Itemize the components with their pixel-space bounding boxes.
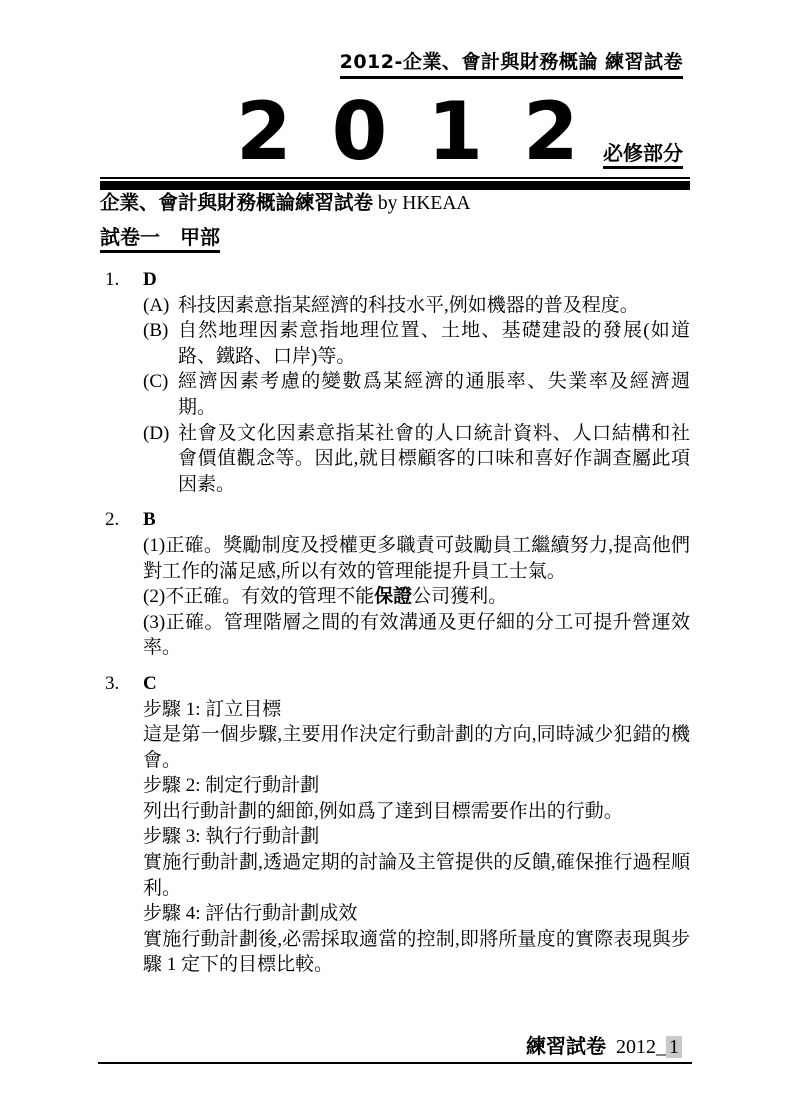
question-2-statement-2: (2)不正確。有效的管理不能保證公司獲利。 — [143, 584, 690, 610]
document-title-byline: by HKEAA — [373, 193, 471, 214]
option-c-label: (C) — [143, 369, 168, 395]
title-divider-bar — [100, 177, 690, 190]
document-page: 2012-企業、會計與財務概論 練習試卷 2012 必修部分 企業、會計與財務概… — [0, 0, 787, 1117]
question-3-number: 3. — [105, 671, 119, 697]
step-1-title: 步驟 1: 訂立目標 — [143, 697, 690, 723]
answers-list: 1. D (A) 科技因素意指某經濟的科技水平,例如機器的普及程度。 (B) 自… — [100, 267, 690, 988]
question-1-answer: D — [143, 267, 690, 293]
option-b-text: 自然地理因素意指地理位置、土地、基礎建設的發展(如道路、鐵路、口岸)等。 — [178, 320, 690, 367]
document-title: 企業、會計與財務概論練習試卷 by HKEAA — [100, 192, 471, 215]
question-1-number: 1. — [105, 267, 119, 293]
document-title-main: 企業、會計與財務概論練習試卷 — [100, 193, 373, 214]
section-heading: 試卷一 甲部 — [100, 226, 220, 253]
statement-3-text: (3)正確。管理階層之間的有效溝通及更仔細的分工可提升營運效率。 — [143, 612, 690, 659]
statement-2-text: (2)不正確。有效的管理不能 — [143, 586, 374, 607]
banner-part-label: 必修部分 — [603, 142, 683, 169]
question-1-option-d: (D) 社會及文化因素意指某社會的人口統計資料、人口結構和社會價值觀念等。因此,… — [143, 421, 690, 498]
statement-1-text: (1)正確。獎勵制度及授權更多職責可鼓勵員工繼續努力,提高他們對工作的滿足感,所… — [143, 535, 690, 582]
question-3-body: C 步驟 1: 訂立目標 這是第一個步驟,主要用作決定行動計劃的方向,同時減少犯… — [143, 671, 690, 978]
footer-page-label: 練習試卷2012_1 — [526, 1035, 682, 1059]
question-2-statement-3: (3)正確。管理階層之間的有效溝通及更仔細的分工可提升營運效率。 — [143, 610, 690, 661]
title-divider-bar-thick — [100, 181, 690, 190]
statement-2-post: 公司獲利。 — [412, 586, 507, 607]
question-2: 2. B (1)正確。獎勵制度及授權更多職責可鼓勵員工繼續努力,提高他們對工作的… — [100, 507, 690, 661]
question-2-answer: B — [143, 507, 690, 533]
step-2-description: 列出行動計劃的細節,例如爲了達到目標需要作出的行動。 — [143, 799, 690, 825]
question-1: 1. D (A) 科技因素意指某經濟的科技水平,例如機器的普及程度。 (B) 自… — [100, 267, 690, 497]
footer-divider-line — [98, 1062, 692, 1064]
question-3-answer: C — [143, 671, 690, 697]
option-b-label: (B) — [143, 318, 168, 344]
footer-label: 練習試卷 — [526, 1036, 606, 1058]
option-c-text: 經濟因素考慮的變數爲某經濟的通脹率、失業率及經濟週期。 — [178, 371, 690, 418]
question-1-option-c: (C) 經濟因素考慮的變數爲某經濟的通脹率、失業率及經濟週期。 — [143, 369, 690, 420]
question-1-option-b: (B) 自然地理因素意指地理位置、土地、基礎建設的發展(如道路、鐵路、口岸)等。 — [143, 318, 690, 369]
running-header-title: 2012-企業、會計與財務概論 練習試卷 — [340, 52, 683, 79]
option-d-label: (D) — [143, 421, 169, 447]
question-2-number: 2. — [105, 507, 119, 533]
step-2-title: 步驟 2: 制定行動計劃 — [143, 773, 690, 799]
question-1-option-a: (A) 科技因素意指某經濟的科技水平,例如機器的普及程度。 — [143, 293, 690, 319]
footer-page-number: 1 — [666, 1036, 682, 1058]
question-1-body: D (A) 科技因素意指某經濟的科技水平,例如機器的普及程度。 (B) 自然地理… — [143, 267, 690, 497]
option-a-text: 科技因素意指某經濟的科技水平,例如機器的普及程度。 — [178, 295, 639, 316]
question-3: 3. C 步驟 1: 訂立目標 這是第一個步驟,主要用作決定行動計劃的方向,同時… — [100, 671, 690, 978]
question-2-body: B (1)正確。獎勵制度及授權更多職責可鼓勵員工繼續努力,提高他們對工作的滿足感… — [143, 507, 690, 661]
question-2-statement-1: (1)正確。獎勵制度及授權更多職責可鼓勵員工繼續努力,提高他們對工作的滿足感,所… — [143, 533, 690, 584]
option-d-text: 社會及文化因素意指某社會的人口統計資料、人口結構和社會價值觀念等。因此,就目標顧… — [178, 423, 690, 495]
statement-2-bold: 保證 — [374, 585, 412, 607]
step-3-title: 步驟 3: 執行行動計劃 — [143, 824, 690, 850]
step-3-description: 實施行動計劃,透過定期的討論及主管提供的反饋,確保推行過程順利。 — [143, 850, 690, 901]
option-a-label: (A) — [143, 293, 169, 319]
footer-number-prefix: 2012_ — [616, 1036, 666, 1058]
step-4-description: 實施行動計劃後,必需採取適當的控制,即將所量度的實際表現與步驟 1 定下的目標比… — [143, 927, 690, 978]
banner-year: 2012 — [236, 92, 619, 172]
step-4-title: 步驟 4: 評估行動計劃成效 — [143, 901, 690, 927]
step-1-description: 這是第一個步驟,主要用作決定行動計劃的方向,同時減少犯錯的機會。 — [143, 722, 690, 773]
